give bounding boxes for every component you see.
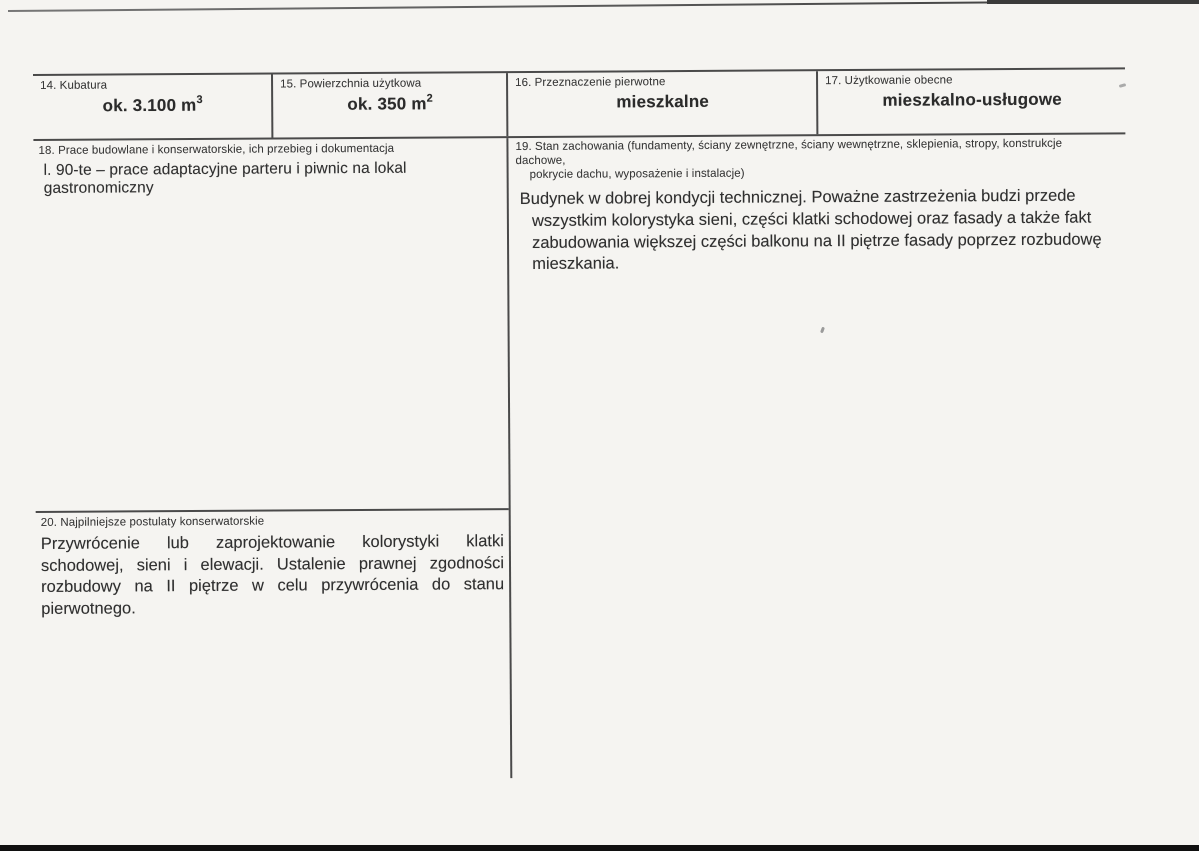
field-14-value-superscript: 3 [196, 94, 202, 106]
field-14-value-base: ok. 3.100 m [103, 96, 197, 116]
field-15-value-superscript: 2 [427, 93, 433, 105]
field-19-value: Budynek w dobrej kondycji technicznej. P… [516, 185, 1117, 276]
field-19-value-line: mieszkania. [532, 251, 1116, 276]
field-14-label: 14. Kubatura [40, 78, 265, 93]
field-20-label: 20. Najpilniejsze postulaty konserwators… [41, 513, 505, 530]
field-14-value: ok. 3.100 m3 [40, 95, 265, 117]
field-18-label: 18. Prace budowlane i konserwatorskie, i… [38, 141, 502, 158]
field-20-value-line: rozbudowy na II piętrze w celu przywróce… [41, 574, 504, 598]
field-15-value-base: ok. 350 m [347, 94, 426, 113]
scan-edge-corner [987, 0, 1199, 4]
field-20-value-line: pierwotnego. [41, 596, 504, 620]
field-16-value: mieszkalne [515, 91, 810, 113]
field-16-label: 16. Przeznaczenie pierwotne [515, 74, 810, 90]
field-19-value-line: zabudowania większej części balkonu na I… [532, 229, 1116, 254]
heritage-form-table: 14. Kubatura ok. 3.100 m3 15. Powierzchn… [33, 67, 1129, 781]
field-20-value-line: schodowej, sieni i elewacji. Ustalenie p… [41, 553, 504, 577]
form-left-column: 18. Prace budowlane i konserwatorskie, i… [33, 138, 512, 781]
field-14-kubatura: 14. Kubatura ok. 3.100 m3 [33, 75, 273, 139]
field-20-value-line: Przywrócenie lub zaprojektowanie kolorys… [41, 531, 504, 555]
field-15-label: 15. Powierzchnia użytkowa [280, 76, 500, 91]
field-19-stan: 19. Stan zachowania (fundamenty, ściany … [508, 134, 1124, 276]
form-row-14-17: 14. Kubatura ok. 3.100 m3 15. Powierzchn… [33, 67, 1125, 141]
field-20-postulaty: 20. Najpilniejsze postulaty konserwators… [36, 510, 510, 620]
field-17-value: mieszkalno-usługowe [825, 89, 1119, 111]
field-17-uzytkowanie: 17. Użytkowanie obecne mieszkalno-usługo… [818, 69, 1125, 134]
field-19-label-line: pokrycie dachu, wyposażenie i instalacje… [516, 164, 1116, 182]
field-15-value: ok. 350 m2 [280, 93, 500, 115]
scan-bottom-edge [0, 845, 1199, 851]
field-16-przeznaczenie: 16. Przeznaczenie pierwotne mieszkalne [508, 71, 818, 136]
field-19-label-line: 19. Stan zachowania (fundamenty, ściany … [515, 136, 1115, 168]
field-20-value: Przywrócenie lub zaprojektowanie kolorys… [41, 531, 505, 620]
field-17-label: 17. Użytkowanie obecne [825, 72, 1119, 88]
scanned-form-page: 14. Kubatura ok. 3.100 m3 15. Powierzchn… [0, 0, 1199, 851]
field-18-value: l. 90-te – prace adaptacyjne parteru i p… [39, 159, 503, 198]
field-15-powierzchnia: 15. Powierzchnia użytkowa ok. 350 m2 [273, 73, 508, 137]
form-right-column: 19. Stan zachowania (fundamenty, ściany … [508, 134, 1127, 778]
field-18-prace: 18. Prace budowlane i konserwatorskie, i… [33, 138, 508, 513]
form-lower-columns: 18. Prace budowlane i konserwatorskie, i… [33, 134, 1129, 781]
field-19-value-line: wszystkim kolorystyka sieni, części klat… [532, 207, 1116, 232]
field-19-label: 19. Stan zachowania (fundamenty, ściany … [515, 136, 1115, 182]
